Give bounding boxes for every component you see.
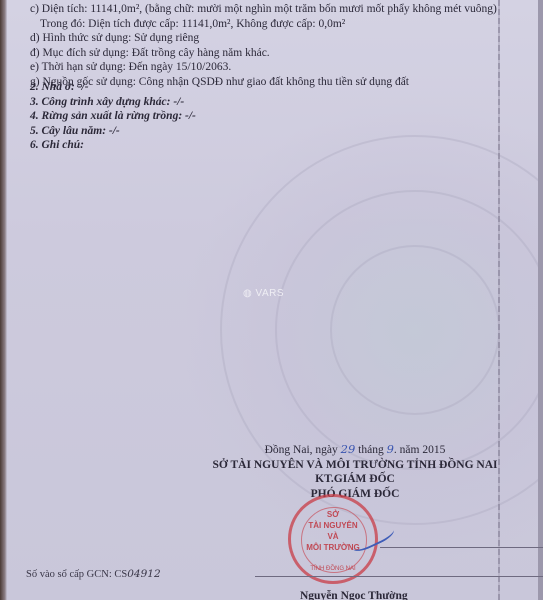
page-edge-left [0,0,7,600]
date-day: 29 [341,442,356,456]
date-prefix: Đồng Nai, ngày [265,444,341,456]
item-house: 2. Nhà ở: -/- [30,80,196,95]
registry-label: Số vào sổ cấp GCN: CS [26,569,127,580]
watermark-text: VARS [256,288,285,299]
stamp-bottom-text: TỈNH ĐỒNG NAI [291,564,375,575]
signature-block: Đồng Nai, ngày 29 tháng 9. năm 2015 SỞ T… [210,442,500,501]
usage-purpose-line: đ) Mục đích sử dụng: Đất trồng cây hàng … [30,46,497,61]
page-edge-right [538,0,543,600]
date-month-prefix: tháng [355,444,386,456]
asset-items: 2. Nhà ở: -/- 3. Công trình xây dựng khá… [30,80,196,153]
date-month: 9 [387,442,394,456]
registry-value: 04912 [127,568,160,580]
item-notes: 6. Ghi chú: [30,138,196,153]
land-details: c) Diện tích: 11141,0m², (bằng chữ: mười… [30,2,497,89]
area-line: c) Diện tích: 11141,0m², (bằng chữ: mười… [30,2,497,17]
registry-number: Số vào sổ cấp GCN: CS04912 [26,568,161,580]
date-year: . năm 2015 [394,444,445,456]
item-other-construction: 3. Công trình xây dựng khác: -/- [30,95,196,110]
signer-name: Nguyễn Ngọc Thường [300,590,408,600]
divider-upper [380,547,543,548]
usage-form-line: d) Hình thức sử dụng: Sử dụng riêng [30,31,497,46]
fold-line [498,0,500,600]
divider-lower [255,576,543,577]
granted-area-line: Trong đó: Diện tích được cấp: 11141,0m²,… [30,17,497,32]
agency-name: SỞ TÀI NGUYÊN VÀ MÔI TRƯỜNG TỈNH ĐỒNG NA… [210,458,500,473]
vars-watermark: ◍ VARS [243,288,284,299]
role-director: KT.GIÁM ĐỐC [210,472,500,487]
issue-date: Đồng Nai, ngày 29 tháng 9. năm 2015 [210,442,500,458]
item-perennial-trees: 5. Cây lâu năm: -/- [30,124,196,139]
usage-term-line: e) Thời hạn sử dụng: Đến ngày 15/10/2063… [30,60,497,75]
item-production-forest: 4. Rừng sản xuất là rừng trồng: -/- [30,109,196,124]
